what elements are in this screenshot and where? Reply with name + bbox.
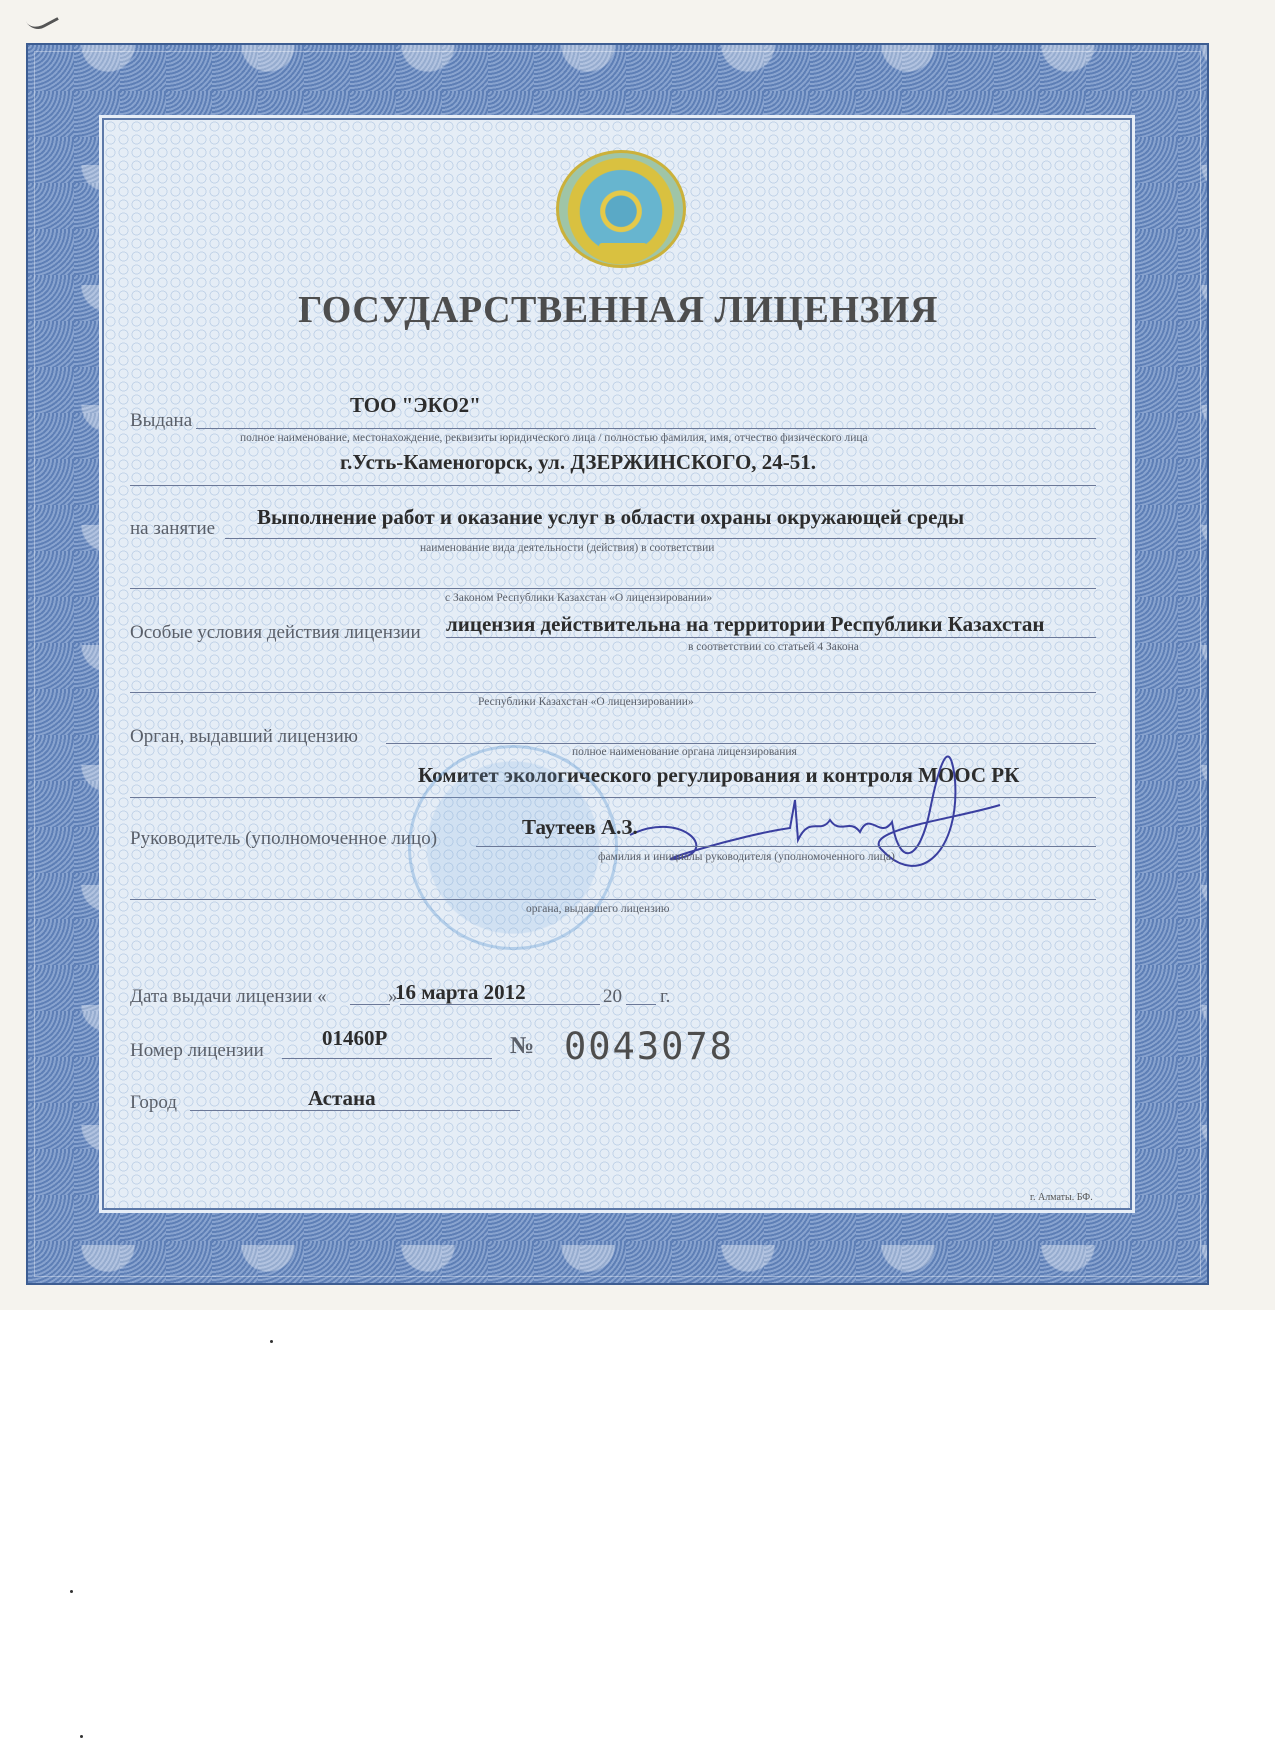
conditions-line-2: [130, 692, 1096, 693]
license-number-label: Номер лицензии: [130, 1040, 264, 1062]
conditions-label: Особые условия действия лицензии: [130, 622, 421, 644]
activity-line-2: [130, 588, 1096, 589]
issue-date-value: 16 марта 2012: [395, 980, 526, 1005]
conditions-line: [446, 637, 1096, 638]
activity-hint: наименование вида деятельности (действия…: [420, 542, 714, 554]
head-line-2: [130, 899, 1096, 900]
activity-label: на занятие: [130, 518, 215, 540]
official-stamp: [408, 745, 618, 950]
scan-speck: [70, 1590, 73, 1593]
year-prefix: 20: [603, 986, 622, 1008]
scan-speck: [270, 1340, 273, 1343]
day-line: [350, 1004, 390, 1005]
document-title: ГОСУДАРСТВЕННАЯ ЛИЦЕНЗИЯ: [0, 288, 1236, 332]
issued-to-address: г.Усть-Каменогорск, ул. ДЗЕРЖИНСКОГО, 24…: [340, 450, 816, 475]
city-value: Астана: [308, 1086, 376, 1111]
activity-hint-2: с Законом Республики Казахстан «О лиценз…: [445, 592, 712, 604]
emblem-ribbon: [599, 243, 647, 255]
issue-date-label: Дата выдачи лицензии «: [130, 986, 327, 1008]
activity-value: Выполнение работ и оказание услуг в обла…: [257, 505, 964, 530]
head-value: Таутеев А.З.: [522, 815, 638, 840]
issuing-body-label: Орган, выдавший лицензию: [130, 726, 358, 748]
city-line: [190, 1110, 520, 1111]
state-emblem-icon: [556, 150, 686, 268]
head-hint: фамилия и инициалы руководителя (уполном…: [598, 851, 895, 863]
license-number-line: [282, 1058, 492, 1059]
scan-speck: [80, 1735, 83, 1738]
conditions-hint: в соответствии со статьей 4 Закона: [688, 641, 859, 653]
year-line: [626, 1004, 656, 1005]
issued-to-value: ТОО "ЭКО2": [350, 393, 481, 418]
city-label: Город: [130, 1092, 177, 1114]
license-number-value: 01460P: [322, 1026, 387, 1051]
printer-mark: г. Алматы. БФ.: [1030, 1192, 1093, 1203]
head-label: Руководитель (уполномоченное лицо): [130, 828, 437, 850]
serial-number: 0043078: [564, 1025, 734, 1068]
issued-to-line: [196, 428, 1096, 429]
number-sign: №: [510, 1033, 534, 1060]
issued-to-hint: полное наименование, местонахождение, ре…: [240, 432, 868, 444]
head-line: [476, 846, 1096, 847]
issued-to-label: Выдана: [130, 410, 192, 432]
address-line: [130, 485, 1096, 486]
head-hint-2: органа, выдавшего лицензию: [526, 903, 669, 915]
conditions-value: лицензия действительна на территории Рес…: [446, 612, 1045, 637]
activity-line: [225, 538, 1096, 539]
signature: [620, 740, 1020, 900]
conditions-hint-2: Республики Казахстан «О лицензировании»: [478, 696, 694, 708]
year-suffix: г.: [660, 986, 670, 1008]
month-line: [400, 1004, 600, 1005]
